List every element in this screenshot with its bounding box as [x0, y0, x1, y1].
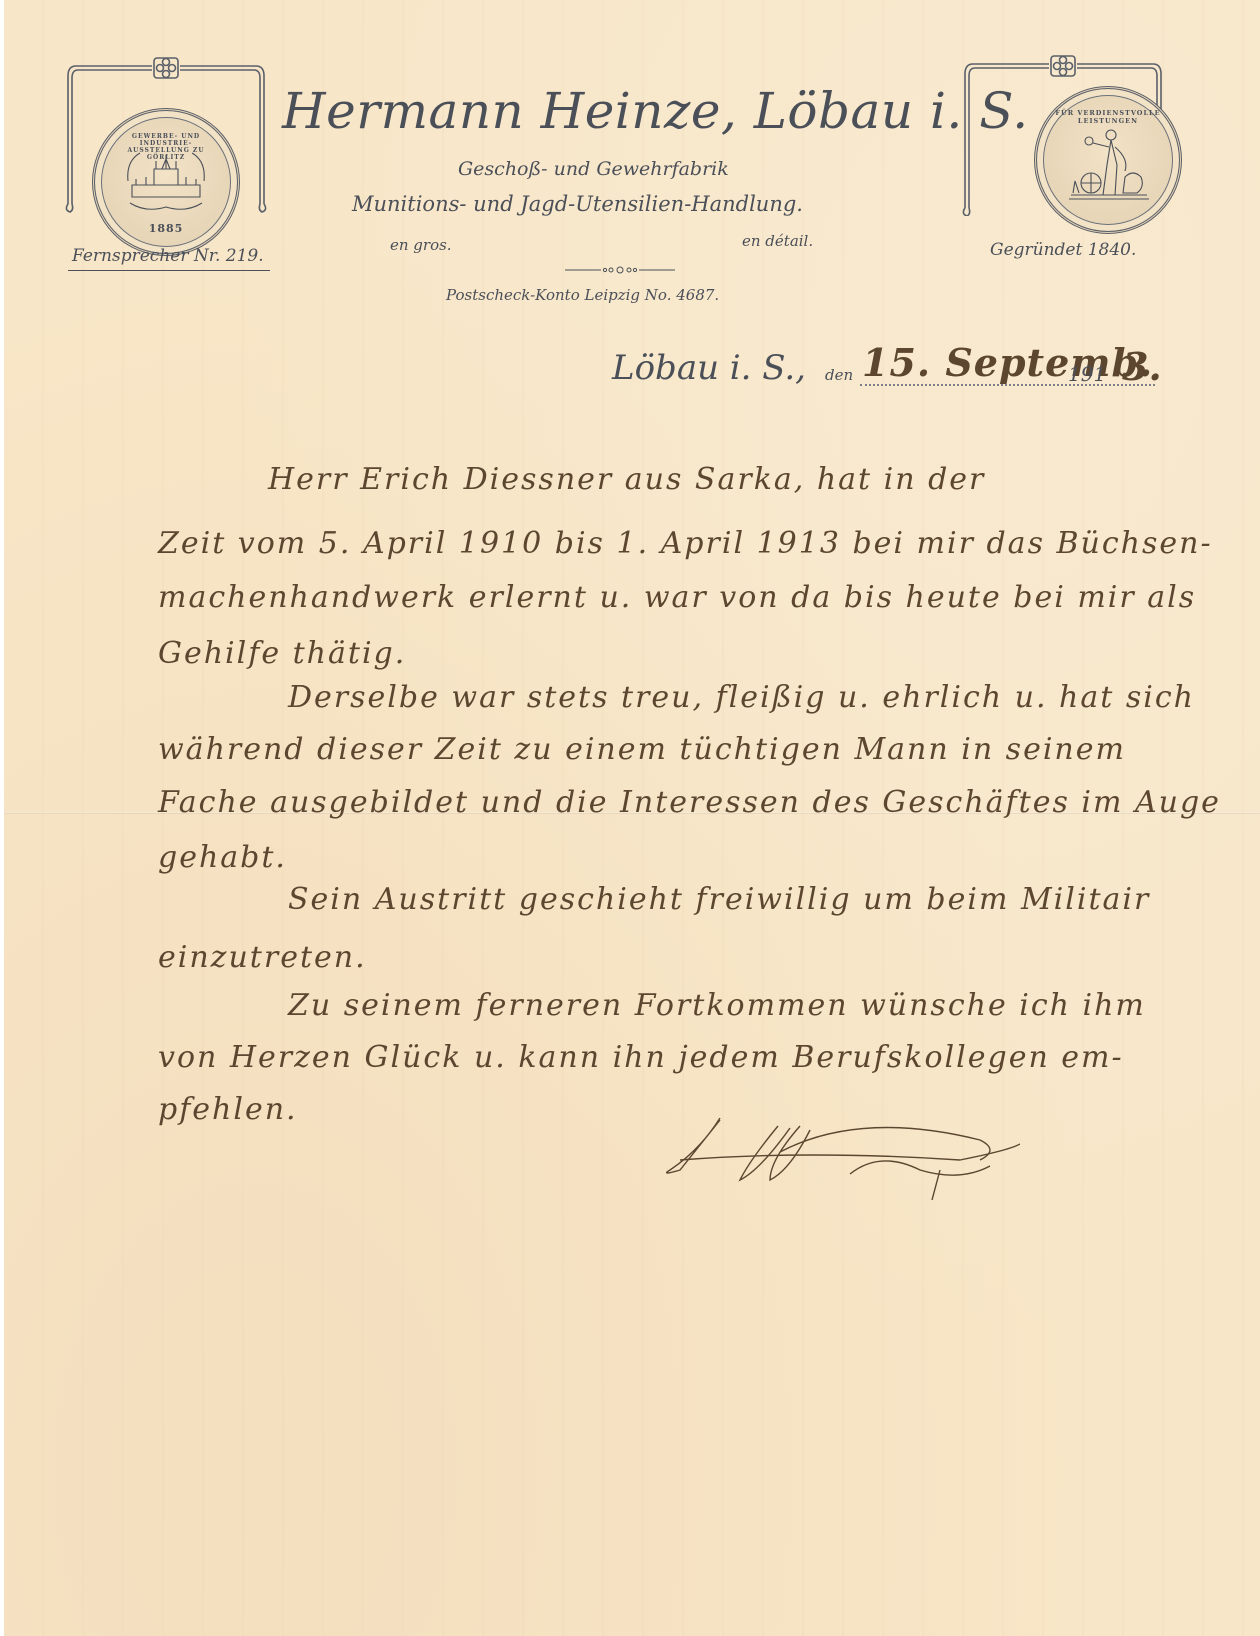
company-line-2: Munitions- und Jagd-Utensilien-Handlung.: [352, 192, 803, 216]
body-line: von Herzen Glück u. kann ihn jedem Beruf…: [158, 1040, 1124, 1075]
body-line: pfehlen.: [158, 1092, 298, 1127]
body-line: Zu seinem ferneren Fortkommen wünsche ic…: [288, 988, 1146, 1023]
body-line: Gehilfe thätig.: [158, 636, 406, 671]
allegorical-figure-icon: [1067, 125, 1151, 201]
date-den-label: den: [825, 366, 853, 384]
en-detail-label: en détail.: [742, 232, 813, 250]
printed-year-prefix: 191: [1068, 362, 1106, 386]
body-line: machenhandwerk erlernt u. war von da bis…: [158, 580, 1196, 615]
postscheck-account: Postscheck-Konto Leipzig No. 4687.: [446, 286, 719, 304]
exhibition-building-icon: [126, 151, 206, 213]
exhibition-medal-goerlitz: GEWERBE- UND INDUSTRIE-AUSSTELLUNG ZU GÖ…: [92, 108, 240, 256]
phone-number: Fernsprecher Nr. 219.: [68, 246, 270, 271]
body-line: Zeit vom 5. April 1910 bis 1. April 1913…: [158, 526, 1213, 561]
body-line: Derselbe war stets treu, fleißig u. ehrl…: [288, 680, 1195, 715]
signature-flourish-icon: [660, 1110, 1020, 1200]
body-line: Sein Austritt geschieht freiwillig um be…: [288, 882, 1150, 917]
dateline: Löbau i. S., den 15. Septemb. 191 3.: [612, 340, 1172, 400]
body-line: Fache ausgebildet und die Interessen des…: [158, 785, 1221, 820]
divider-ornament-icon: [565, 265, 675, 275]
company-name: Hermann Heinze, Löbau i. S.: [282, 82, 982, 140]
founded-year: Gegründet 1840.: [990, 240, 1136, 260]
body-line: Herr Erich Diessner aus Sarka, hat in de…: [268, 462, 985, 497]
body-line: gehabt.: [158, 840, 287, 875]
en-gros-label: en gros.: [390, 236, 452, 254]
date-place: Löbau i. S.,: [612, 348, 806, 388]
company-line-1: Geschoß- und Gewehrfabrik: [458, 158, 729, 180]
signature: H. H. Heinze: [660, 1110, 1020, 1200]
medal-inscription: FÜR VERDIENSTVOLLE LEISTUNGEN: [1037, 109, 1179, 125]
merit-medal: FÜR VERDIENSTVOLLE LEISTUNGEN: [1034, 86, 1182, 234]
handwritten-year-digit: 3.: [1122, 344, 1162, 389]
body-line: einzutreten.: [158, 940, 367, 975]
handwritten-date: 15. Septemb.: [862, 340, 1153, 385]
body-line: während dieser Zeit zu einem tüchtigen M…: [158, 732, 1126, 767]
medal-year: 1885: [95, 222, 237, 235]
